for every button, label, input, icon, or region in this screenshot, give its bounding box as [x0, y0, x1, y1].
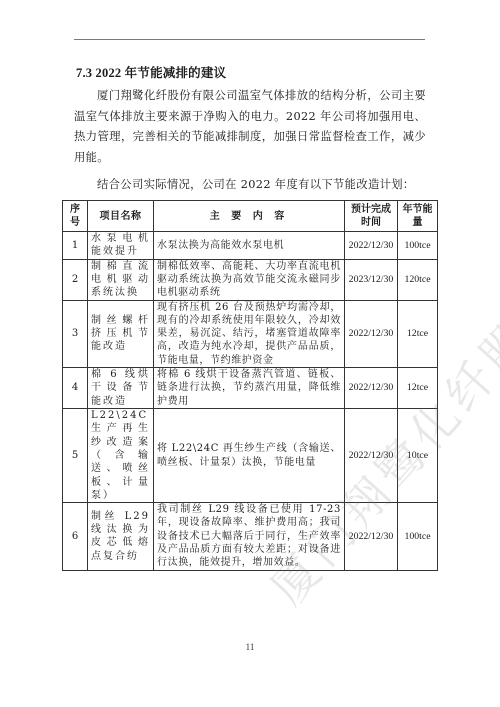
cell-content: 现有挤压机 26 台及预热炉均需冷却，现有的冷却系统使用年限较久，冷却效果差，易…: [154, 300, 345, 367]
header-rule: [74, 39, 425, 40]
table-header-row: 序号 项目名称 主 要 内 容 预计完成时间 年节能量: [63, 201, 438, 232]
cell-energy: 12tce: [398, 300, 438, 367]
cell-name: 制丝螺杆挤压机节能改造: [88, 300, 154, 367]
cell-date: 2022/12/30: [345, 300, 398, 367]
intro-paragraph: 厦门翔鹭化纤股份有限公司温室气体排放的结构分析，公司主要温室气体排放主要来源于净…: [74, 86, 426, 168]
plan-intro-paragraph: 结合公司实际情况，公司在 2022 年度有以下节能改造计划：: [74, 175, 426, 196]
section-title: 7.3 2022 年节能减排的建议: [76, 63, 226, 81]
page-number: 11: [0, 642, 500, 652]
cell-content: 水泵汰换为高能效水泵电机: [154, 232, 345, 260]
table-row: 4 棉 6 线烘干设备节能改造 将棉 6 线烘干设备蒸汽管道、链板、链条进行汰换…: [63, 368, 438, 409]
cell-date: 2022/12/30: [345, 503, 398, 570]
cell-name: 水泵电机能效提升: [88, 232, 154, 260]
table-row: 5 L22\24C 生产再生纱改造案（含输送、喷丝板、计量泵） 将 L22\24…: [63, 409, 438, 503]
energy-saving-plan-table: 序号 项目名称 主 要 内 容 预计完成时间 年节能量 1 水泵电机能效提升 水…: [62, 200, 438, 571]
cell-no: 4: [63, 368, 88, 409]
cell-energy: 12tce: [398, 368, 438, 409]
cell-no: 5: [63, 409, 88, 503]
cell-name: 制丝 L29 线汰换为皮芯低熔点复合纺: [88, 503, 154, 570]
cell-no: 1: [63, 232, 88, 260]
cell-date: 2022/12/30: [345, 232, 398, 260]
header-energy: 年节能量: [398, 201, 438, 232]
cell-no: 6: [63, 503, 88, 570]
header-no: 序号: [63, 201, 88, 232]
cell-energy: 10tce: [398, 409, 438, 503]
cell-date: 2022/12/30: [345, 409, 398, 503]
header-content: 主 要 内 容: [154, 201, 345, 232]
cell-no: 3: [63, 300, 88, 367]
table-row: 1 水泵电机能效提升 水泵汰换为高能效水泵电机 2022/12/30 100tc…: [63, 232, 438, 260]
cell-energy: 100tce: [398, 503, 438, 570]
cell-content: 将棉 6 线烘干设备蒸汽管道、链板、链条进行汰换，节约蒸汽用量，降低维护费用: [154, 368, 345, 409]
table-row: 2 制棉直流电机驱动系统汰换 制棉低效率、高能耗、大功率直流电机驱动系统汰换为高…: [63, 259, 438, 300]
cell-name: L22\24C 生产再生纱改造案（含输送、喷丝板、计量泵）: [88, 409, 154, 503]
cell-name: 棉 6 线烘干设备节能改造: [88, 368, 154, 409]
table-row: 6 制丝 L29 线汰换为皮芯低熔点复合纺 我司制丝 L29 线设备已使用 17…: [63, 503, 438, 570]
table-row: 3 制丝螺杆挤压机节能改造 现有挤压机 26 台及预热炉均需冷却，现有的冷却系统…: [63, 300, 438, 367]
cell-energy: 100tce: [398, 232, 438, 260]
cell-name: 制棉直流电机驱动系统汰换: [88, 259, 154, 300]
cell-energy: 120tce: [398, 259, 438, 300]
cell-date: 2022/12/30: [345, 368, 398, 409]
cell-content: 我司制丝 L29 线设备已使用 17-23 年，现设备故障率、维护费用高；我司设…: [154, 503, 345, 570]
header-name: 项目名称: [88, 201, 154, 232]
cell-date: 2023/12/30: [345, 259, 398, 300]
cell-content: 制棉低效率、高能耗、大功率直流电机驱动系统汰换为高效节能交流永磁同步电机驱动系统: [154, 259, 345, 300]
cell-content: 将 L22\24C 再生纱生产线（含输送、喷丝板、计量泵）汰换，节能电量: [154, 409, 345, 503]
header-date: 预计完成时间: [345, 201, 398, 232]
cell-no: 2: [63, 259, 88, 300]
